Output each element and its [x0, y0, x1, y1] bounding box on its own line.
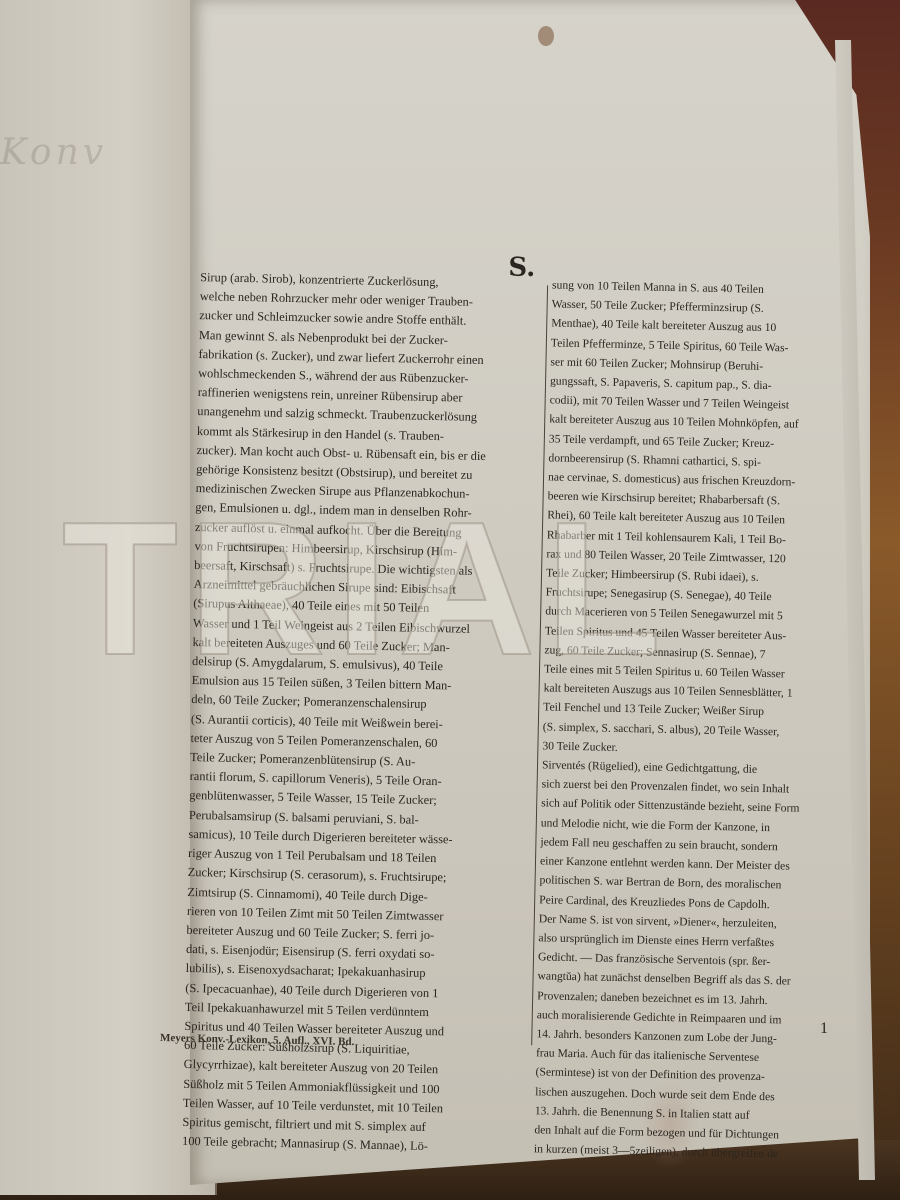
right-column: sung von 10 Teilen Manna in S. aus 40 Te… — [534, 275, 852, 1164]
page-stain — [538, 26, 554, 46]
left-column: Sirup (arab. Sirob), konzentrierte Zucke… — [182, 268, 544, 1158]
left-page-show-through-text: Konv — [0, 132, 107, 173]
page-number: 1 — [820, 1020, 828, 1038]
